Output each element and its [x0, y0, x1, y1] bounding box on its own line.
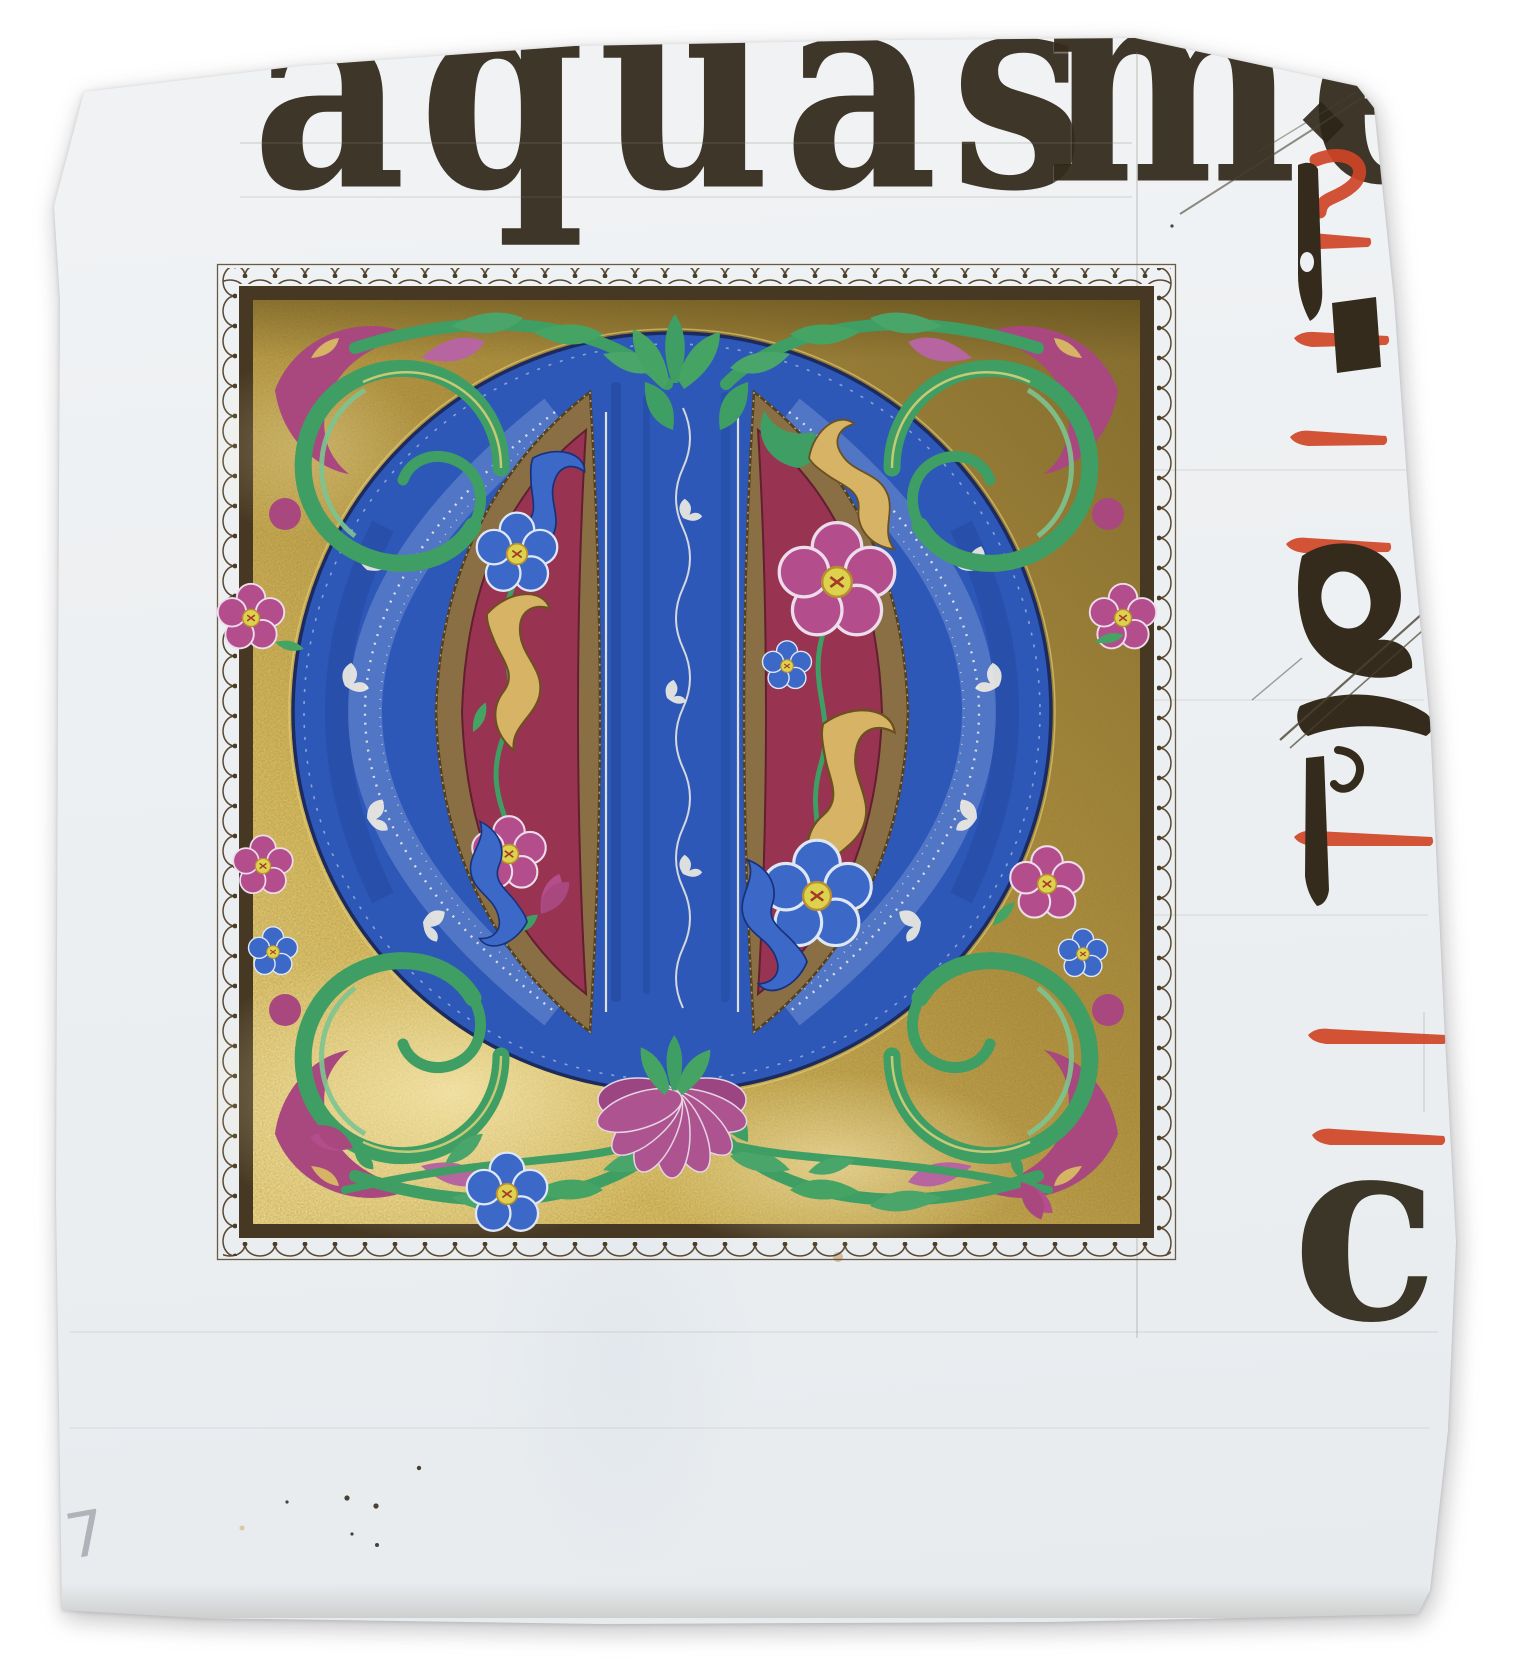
stain-spots: [240, 1252, 844, 1531]
neume-fragment-1: [1298, 163, 1322, 321]
illuminated-initial-panel: [215, 262, 1178, 1262]
staff-line-fragment-6: [1308, 1029, 1447, 1044]
ink-dot: [344, 1495, 349, 1500]
parchment-leaf: aquas me co 7: [0, 0, 1517, 1680]
stain-spot: [240, 1526, 245, 1531]
ink-dot: [350, 1532, 353, 1535]
hairline-3: [1252, 658, 1302, 700]
ink-dot: [285, 1500, 288, 1503]
ink-dot: [375, 1543, 379, 1547]
neume-worn-spot: [1300, 252, 1314, 272]
cadel-hook: [1334, 750, 1360, 789]
staff-line-fragment-3: [1290, 431, 1387, 446]
ink-dot: [373, 1503, 378, 1508]
photo-canvas: aquas me co 7: [0, 0, 1517, 1680]
ink-dot: [417, 1466, 421, 1470]
black-notation-fragments: [1297, 163, 1432, 906]
red-rubric-squiggle: [1316, 156, 1360, 212]
neume-fragment-3: [1305, 756, 1329, 906]
hairline-top-2: [1258, 92, 1356, 152]
parchment-shadow-wrap: aquas me co 7: [0, 0, 1517, 1680]
cadel-swash: [1297, 695, 1432, 736]
staff-line-fragment-7: [1312, 1129, 1445, 1145]
neume-fragment-2: [1332, 297, 1381, 373]
ink-dot: [1170, 224, 1173, 227]
